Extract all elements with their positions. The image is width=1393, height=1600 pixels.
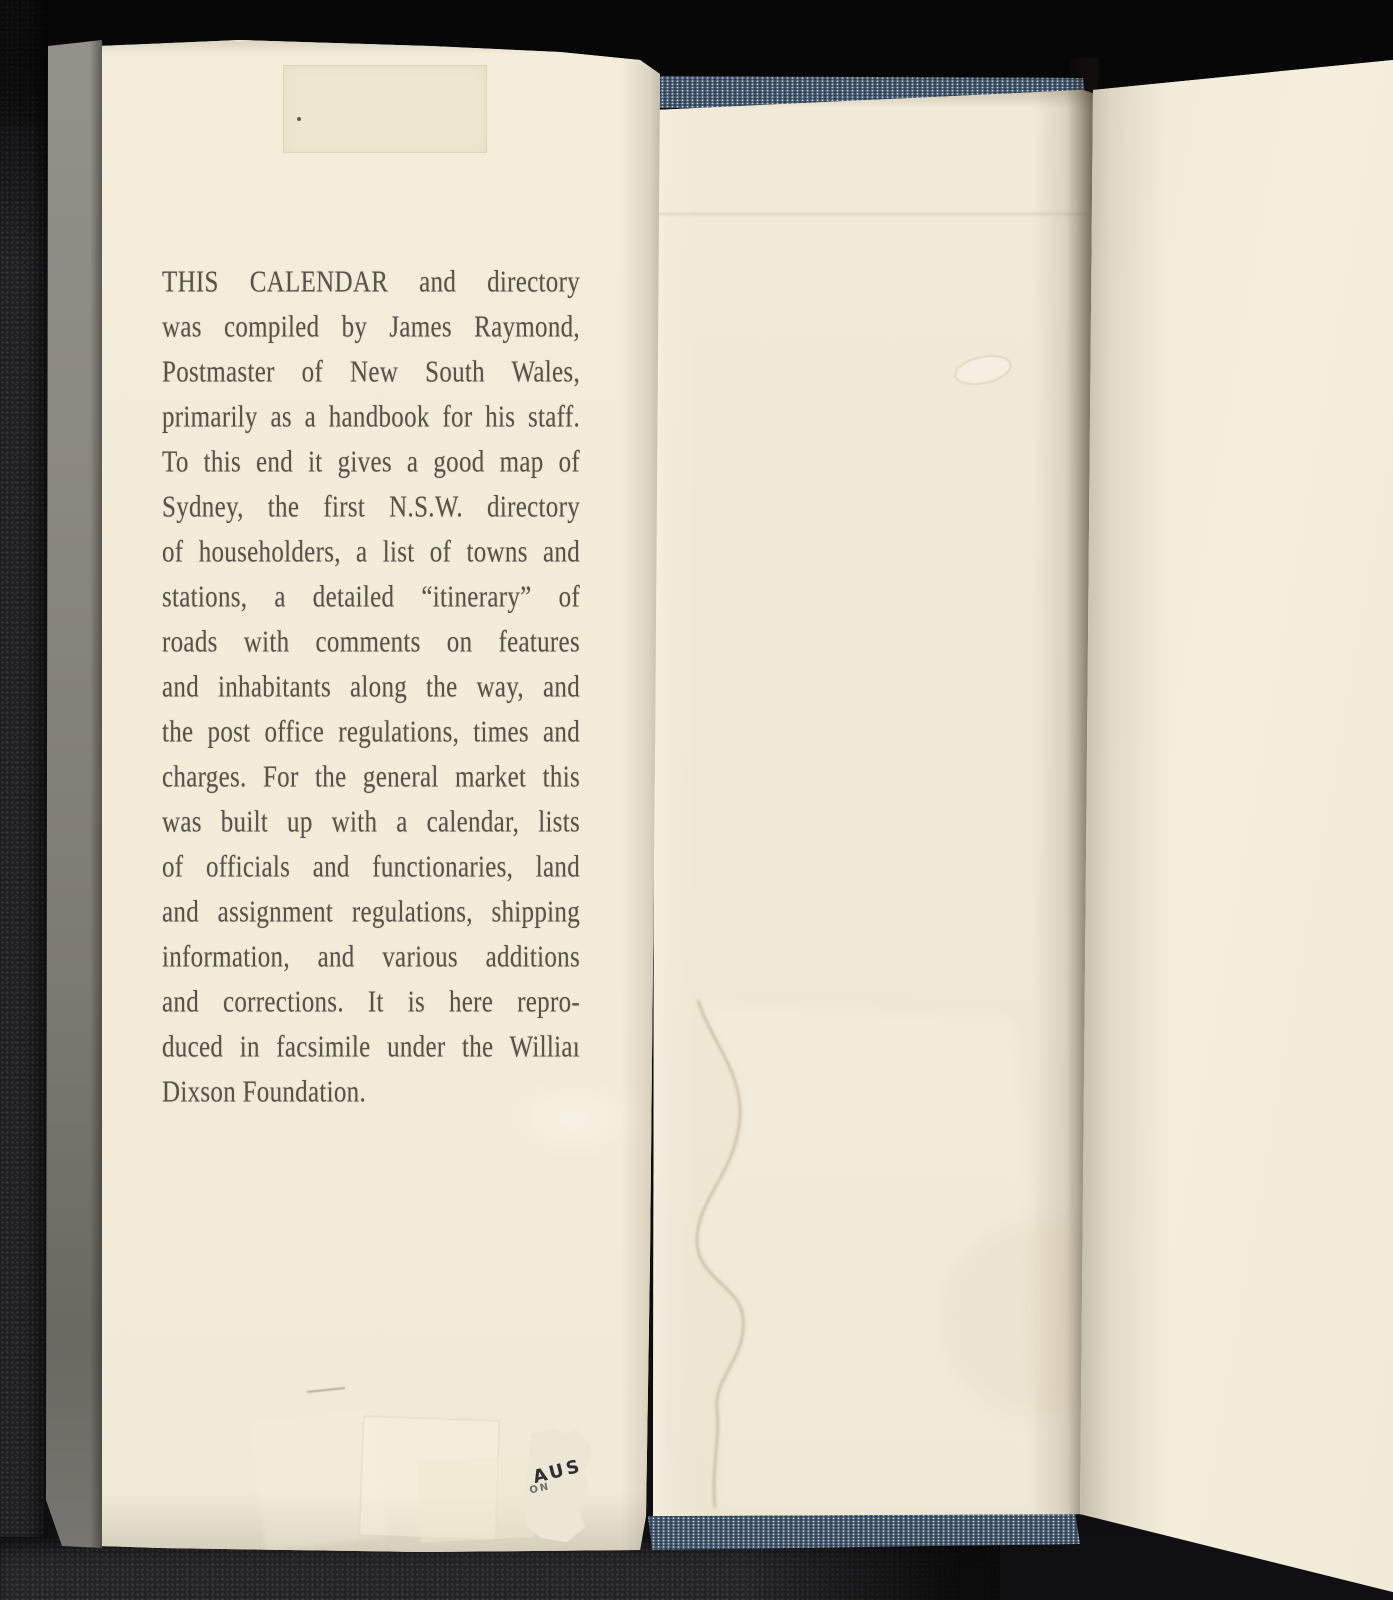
crease-line <box>653 213 1091 215</box>
book-photo-scene: THIS CALENDAR and directory was compiled… <box>0 0 1393 1600</box>
removed-label-ghost <box>283 65 487 153</box>
paper-chip <box>953 351 1013 388</box>
scratch-mark <box>307 1387 345 1393</box>
scuff-mark <box>493 1076 653 1161</box>
right-facing-page <box>1075 55 1393 1600</box>
dark-table-surface-left <box>0 0 47 1600</box>
library-sticker: AUS ON <box>523 1427 593 1543</box>
jacket-spine-fold <box>42 36 102 1552</box>
flap-blurb: THIS CALENDAR and directory was compiled… <box>162 260 580 1115</box>
ink-speck <box>297 117 301 121</box>
stain-overlay <box>653 88 1095 1518</box>
tape-residue <box>416 1455 535 1543</box>
endpaper-page <box>653 88 1095 1518</box>
dust-jacket-flap: THIS CALENDAR and directory was compiled… <box>98 38 660 1552</box>
